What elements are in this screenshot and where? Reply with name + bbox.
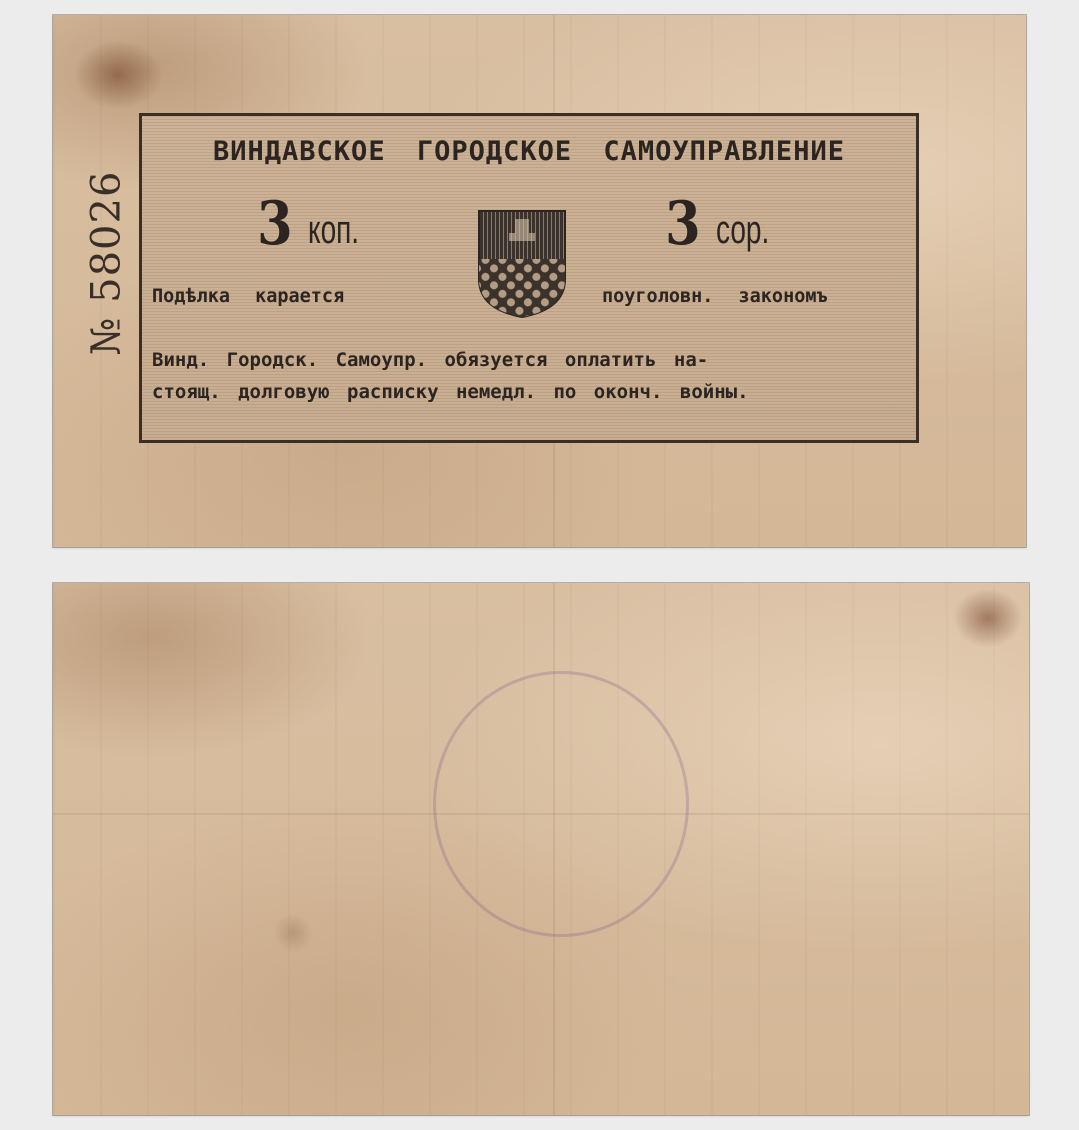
denomination-right: 3 сор. — [662, 194, 792, 254]
counterfeit-warning-right: поуголовн. закономъ — [602, 286, 828, 307]
denomination-left: 3 коп. — [254, 194, 381, 254]
stain — [273, 913, 313, 953]
payment-obligation: Винд. Городск. Самоупр. обязуется оплати… — [152, 344, 888, 408]
denomination-unit: коп. — [308, 210, 359, 250]
denomination-value: 3 — [665, 194, 700, 254]
denomination-unit: сор. — [716, 210, 769, 250]
windau-coat-of-arms-icon — [477, 209, 567, 319]
obligation-line: стоящ. долговую расписку немедл. по окон… — [152, 376, 888, 408]
stain — [73, 40, 163, 110]
stain — [953, 588, 1023, 648]
banknote-back — [53, 583, 1029, 1115]
printed-panel: ВИНДАВСКОЕ ГОРОДСКОЕ САМОУПРАВЛЕНИЕ 3 ко… — [139, 113, 919, 443]
serial-number: № 58026 — [76, 148, 136, 378]
obligation-line: Винд. Городск. Самоупр. обязуется оплати… — [152, 344, 888, 376]
faded-circular-stamp-icon — [433, 671, 689, 937]
counterfeit-warning-left: Подѣлка карается — [152, 286, 344, 307]
denomination-value: 3 — [257, 194, 292, 254]
issuer-title: ВИНДАВСКОЕ ГОРОДСКОЕ САМОУПРАВЛЕНИЕ — [142, 136, 916, 167]
serial-number-text: № 58026 — [83, 171, 129, 356]
